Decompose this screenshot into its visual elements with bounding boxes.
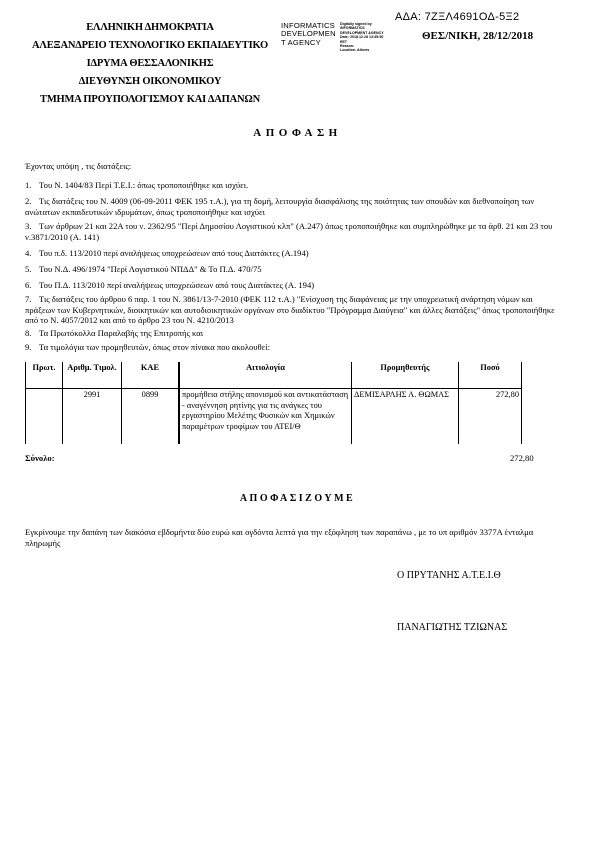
cell-protocol [26, 389, 63, 445]
total-value: 272,80 [510, 453, 534, 463]
item-number: 8. [25, 328, 37, 339]
col-header-invoice-number: Αριθμ. Τιμολ. [63, 362, 122, 389]
item-text: Του π.δ. 113/2010 περί αναλήψεως υποχρεώ… [39, 248, 309, 258]
list-item: 6. Του Π.Δ. 113/2010 περί αναλήψεως υποχ… [25, 280, 560, 291]
list-item: 9. Τα τιμολόγια των προμηθευτών, όπως στ… [25, 342, 560, 353]
item-text: Τις διατάξεις του άρθρου 6 παρ. 1 του Ν.… [25, 294, 555, 325]
header-line-institution: ΑΛΕΞΑΝΔΡΕΙΟ ΤΕΧΝΟΛΟΓΙΚΟ ΕΚΠΑΙΔΕΥΤΙΚΟ [0, 40, 300, 51]
ada-code: ΑΔΑ: 7ΖΞΛ4691ΟΔ-5Ξ2 [395, 11, 519, 23]
header-line-department: ΤΜΗΜΑ ΠΡΟΥΠΟΛΟΓΙΣΜΟΥ ΚΑΙ ΔΑΠΑΝΩΝ [0, 94, 300, 105]
cell-invoice-number: 2991 [63, 389, 122, 445]
cell-amount: 272,80 [459, 389, 522, 445]
list-item: 1. Του Ν. 1404/83 Περί Τ.Ε.Ι.: όπως τροπ… [25, 180, 560, 191]
document-date: ΘΕΣ/ΝΙΚΗ, 28/12/2018 [422, 30, 533, 42]
item-text: Τα τιμολόγια των προμηθευτών, όπως στον … [39, 342, 270, 352]
intro-text: Έχοντας υπόψη , τις διατάξεις: [25, 161, 555, 172]
list-item: 7. Τις διατάξεις του άρθρου 6 παρ. 1 του… [25, 294, 560, 326]
header-line-directorate: ΔΙΕΥΘΥΝΣΗ ΟΙΚΟΝΟΜΙΚΟΥ [0, 76, 300, 87]
decision-title: ΑΠΟΦΑΣΙΖΟΥΜΕ [0, 493, 595, 504]
item-number: 5. [25, 264, 37, 275]
list-item: 2. Τις διατάξεις του Ν. 4009 (06-09-2011… [25, 196, 560, 217]
item-number: 7. [25, 294, 37, 305]
table-row: 2991 0899 προμήθεια στήλης απονισμού και… [26, 389, 522, 445]
signatory-name: ΠΑΝΑΓΙΩΤΗΣ ΤΖΙΩΝΑΣ [397, 622, 507, 633]
item-text: Του Ν. 1404/83 Περί Τ.Ε.Ι.: όπως τροποπο… [39, 180, 248, 190]
col-header-supplier: Προμηθευτής [352, 362, 459, 389]
item-number: 1. [25, 180, 37, 191]
item-number: 4. [25, 248, 37, 259]
col-header-kae: ΚΑΕ [122, 362, 180, 389]
cell-kae: 0899 [122, 389, 180, 445]
total-label: Σύνολο: [25, 453, 55, 463]
invoice-table: Πρωτ. Αριθμ. Τιμολ. ΚΑΕ Αιτιολογία Προμη… [25, 362, 522, 444]
header-line-thessaloniki: ΙΔΡΥΜΑ ΘΕΣΣΑΛΟΝΙΚΗΣ [0, 58, 300, 69]
list-item: 3. Των άρθρων 21 και 22Α του ν. 2362/95 … [25, 221, 560, 242]
item-text: Τα Πρωτόκολλα Παραλαβής της Επιτροπής κα… [39, 328, 203, 338]
item-text: Των άρθρων 21 και 22Α του ν. 2362/95 "Πε… [25, 221, 552, 242]
col-header-amount: Ποσό [459, 362, 522, 389]
item-text: Τις διατάξεις του Ν. 4009 (06-09-2011 ΦΕ… [25, 196, 534, 217]
header-line-republic: ΕΛΛΗΝΙΚΗ ΔΗΜΟΚΡΑΤΙΑ [0, 22, 300, 33]
decision-text: Εγκρίνουμε την δαπάνη των διακόσια εβδομ… [25, 527, 555, 548]
cell-supplier: ΔΕΜΙΣΑΡΛΗΣ Α. ΘΩΜΑΣ [352, 389, 459, 445]
stamp-detail: Location: Athens [340, 48, 400, 52]
col-header-reason: Αιτιολογία [179, 362, 352, 389]
item-text: Του Ν.Δ. 496/1974 "Περί Λογιστικού ΝΠΔΔ"… [39, 264, 262, 274]
digital-signature-details: Digitally signed by INFORMATICS DEVELOPM… [340, 22, 400, 53]
col-header-protocol: Πρωτ. [26, 362, 63, 389]
signature-stamp: INFORMATICS DEVELOPMEN T AGENCY [281, 22, 336, 47]
signatory-role: Ο ΠΡΥΤΑΝΗΣ Α.Τ.Ε.Ι.Θ [397, 570, 501, 581]
list-item: 8. Τα Πρωτόκολλα Παραλαβής της Επιτροπής… [25, 328, 560, 339]
item-number: 6. [25, 280, 37, 291]
item-number: 3. [25, 221, 37, 232]
item-number: 9. [25, 342, 37, 353]
page-title: ΑΠΟΦΑΣΗ [0, 127, 595, 139]
item-text: Του Π.Δ. 113/2010 περί αναλήψεως υποχρεώ… [39, 280, 314, 290]
stamp-line: T AGENCY [281, 39, 336, 47]
list-item: 4. Του π.δ. 113/2010 περί αναλήψεως υποχ… [25, 248, 560, 259]
list-item: 5. Του Ν.Δ. 496/1974 "Περί Λογιστικού ΝΠ… [25, 264, 560, 275]
cell-reason: προμήθεια στήλης απονισμού και αντικατάσ… [179, 389, 352, 445]
item-number: 2. [25, 196, 37, 207]
table-header-row: Πρωτ. Αριθμ. Τιμολ. ΚΑΕ Αιτιολογία Προμη… [26, 362, 522, 389]
